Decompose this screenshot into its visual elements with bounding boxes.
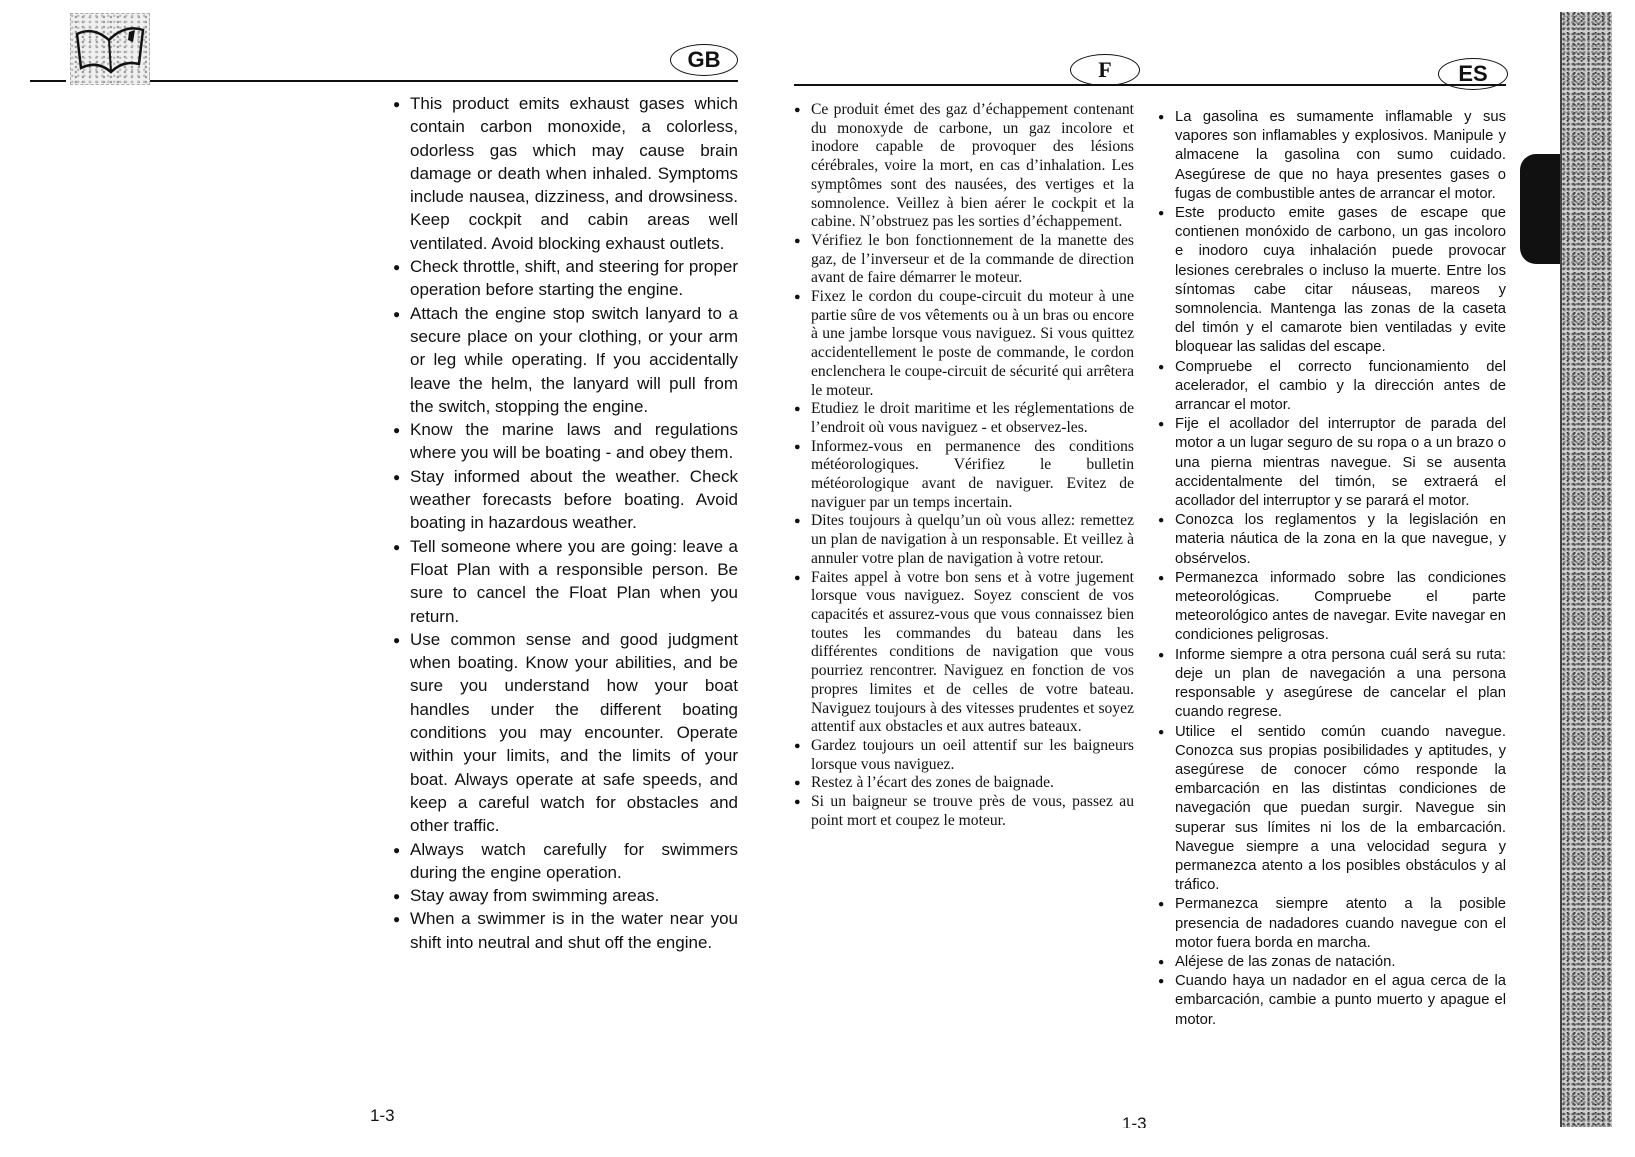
list-item: Stay informed about the weather. Check w… bbox=[393, 465, 738, 535]
list-item: Informez-vous en permanence des conditio… bbox=[794, 438, 1134, 513]
list-item: This product emits exhaust gases which c… bbox=[393, 92, 738, 255]
list-item: Gardez toujours un oeil attentif sur les… bbox=[794, 737, 1134, 774]
page-number-left: 1-3 bbox=[370, 1106, 395, 1126]
list-item: Aléjese de las zonas de natación. bbox=[1158, 953, 1506, 972]
list-item: Etudiez le droit maritime et les régleme… bbox=[794, 400, 1134, 437]
list-item: Stay away from swimming areas. bbox=[393, 884, 738, 907]
list-item: Restez à l’écart des zones de baignade. bbox=[794, 774, 1134, 793]
list-item: Always watch carefully for swimmers duri… bbox=[393, 838, 738, 885]
list-item: Attach the engine stop switch lanyard to… bbox=[393, 302, 738, 418]
list-item: Utilice el sentido común cuando navegue.… bbox=[1158, 723, 1506, 896]
list-item: Ce produit émet des gaz d’échappement co… bbox=[794, 101, 1134, 232]
scanned-page-edge bbox=[1560, 12, 1612, 1127]
open-book-icon bbox=[70, 13, 150, 85]
header-rule-left bbox=[150, 80, 738, 82]
safety-list-english: This product emits exhaust gases which c… bbox=[393, 92, 738, 954]
list-item: Compruebe el correcto funcionamiento del… bbox=[1158, 358, 1506, 416]
list-item: Know the marine laws and regulations whe… bbox=[393, 418, 738, 465]
list-item: Permanezca siempre atento a la posible p… bbox=[1158, 895, 1506, 953]
safety-list-spanish: La gasolina es sumamente inflamable y su… bbox=[1158, 108, 1506, 1030]
language-badge-es: ES bbox=[1438, 58, 1508, 90]
list-item: Fije el acollador del interruptor de par… bbox=[1158, 415, 1506, 511]
section-thumb-tab bbox=[1520, 154, 1560, 264]
language-badge-f: F bbox=[1070, 54, 1140, 86]
list-item: Use common sense and good judgment when … bbox=[393, 628, 738, 838]
list-item: Fixez le cordon du coupe-circuit du mote… bbox=[794, 288, 1134, 400]
language-badge-gb: GB bbox=[670, 44, 738, 76]
list-item: Cuando haya un nadador en el agua cerca … bbox=[1158, 972, 1506, 1030]
list-item: Informe siempre a otra persona cuál será… bbox=[1158, 646, 1506, 723]
list-item: Check throttle, shift, and steering for … bbox=[393, 255, 738, 302]
list-item: Tell someone where you are going: leave … bbox=[393, 535, 738, 628]
list-item: Dites toujours à quelqu’un où vous allez… bbox=[794, 512, 1134, 568]
list-item: Faites appel à votre bon sens et à votre… bbox=[794, 569, 1134, 737]
safety-list-french: Ce produit émet des gaz d’échappement co… bbox=[794, 101, 1134, 830]
list-item: Este producto emite gases de escape que … bbox=[1158, 204, 1506, 358]
list-item: Si un baigneur se trouve près de vous, p… bbox=[794, 793, 1134, 830]
page-number-right: 1-3 bbox=[1122, 1114, 1147, 1128]
list-item: When a swimmer is in the water near you … bbox=[393, 907, 738, 954]
header-rule-left-short bbox=[30, 80, 66, 82]
list-item: Vérifiez le bon fonctionnement de la man… bbox=[794, 232, 1134, 288]
header-rule-right bbox=[794, 84, 1506, 86]
list-item: Permanezca informado sobre las condicion… bbox=[1158, 569, 1506, 646]
list-item: La gasolina es sumamente inflamable y su… bbox=[1158, 108, 1506, 204]
list-item: Conozca los reglamentos y la legislación… bbox=[1158, 511, 1506, 569]
